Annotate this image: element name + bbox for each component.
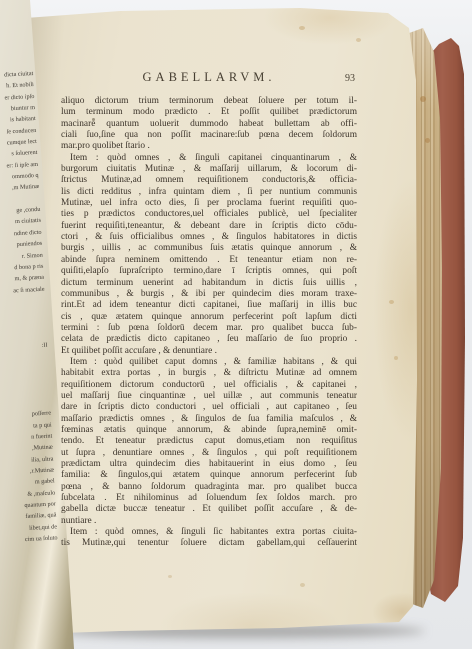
text-line: familia: & ſingulos,qui ætatem quinque a… bbox=[61, 470, 357, 481]
text-line: ſubcelata . Et nihilominus ad ſoluendum … bbox=[61, 493, 357, 504]
text-line: fuerint requiſiti,teneantur, & debeant d… bbox=[61, 221, 357, 232]
text-line: pœna , & banno ſoldorum quadraginta mar.… bbox=[61, 482, 357, 493]
text-line: ctori , & ſuis officialibus omnes , & ſi… bbox=[61, 232, 357, 243]
text-block: GABELLARVM. 93 aliquo dictorum trium ter… bbox=[61, 70, 357, 550]
text-line: fœminas ætatis quinque annorum, & abinde… bbox=[61, 425, 357, 436]
margin-fragment: cim ua ſoluto bbox=[19, 532, 58, 545]
text-line: ties p prædictos conductores,uel officia… bbox=[61, 209, 357, 220]
text-line: macinare quantum uoluerit dummodo habeat… bbox=[61, 119, 357, 130]
running-header: GABELLARVM. bbox=[61, 70, 357, 85]
text-line: quiſiti,elapſo ſupraſcripto termino,dare… bbox=[61, 266, 357, 277]
text-line: Item : quòd quilibet caput domns , & fam… bbox=[61, 357, 357, 368]
body-text: aliquo dictorum trium terminorum debeat … bbox=[61, 96, 357, 550]
margin-fragment: m Mutinæ, bbox=[1, 181, 40, 194]
text-line: maſſario prædictis omnes , & ſingulos de… bbox=[61, 414, 357, 425]
running-header-row: GABELLARVM. 93 bbox=[61, 70, 357, 94]
page-number: 93 bbox=[345, 73, 355, 84]
text-line: aliquo dictorum trium terminorum debeat … bbox=[61, 96, 357, 107]
text-line: burgorum ciuitatis Mutinæ , & maſſarij u… bbox=[61, 164, 357, 175]
text-line: termini : ſub pœna ſoldorū decem mar. pr… bbox=[61, 323, 357, 334]
text-line: cis , quæ ætatem quinque annorum perfece… bbox=[61, 312, 357, 323]
text-line: gabella dictæ buccæ teneatur . Et quilib… bbox=[61, 504, 357, 515]
text-line: prædictam ultra quindecim dies habitauer… bbox=[61, 459, 357, 470]
text-line: lis dicti redditus , infra quintam diem … bbox=[61, 187, 357, 198]
text-line: habitabit extra portas , in burgis , & d… bbox=[61, 368, 357, 379]
text-line: Mutinæ, uel infra octo dies, ſi per proc… bbox=[61, 198, 357, 209]
text-line: uel maſſarij ſiue cinquantinæ , uel uill… bbox=[61, 391, 357, 402]
text-line: requiſitionem dictorum conductorū , uel … bbox=[61, 380, 357, 391]
text-line: burgis , uillis , ac communibus ſuis æta… bbox=[61, 243, 357, 254]
text-line: abinde ſupra neminem omittendo . Et tene… bbox=[61, 255, 357, 266]
text-line: mar.pro quolibet ſtario . bbox=[61, 141, 357, 152]
text-line: dictum terminum uenerint ad habitandum i… bbox=[61, 278, 357, 289]
text-line: tis Mutinæ,qui tenentur ſoluere dictam g… bbox=[61, 538, 357, 549]
margin-fragment: ac ſi maciale bbox=[6, 283, 45, 296]
text-line: Item : quòd omnes , & ſinguli capitanei … bbox=[61, 153, 357, 164]
text-line: ſtrictus Mutinæ,ad omnem requiſitionem c… bbox=[61, 175, 357, 186]
text-line: rint.Et ad idem teneantur dicti capitane… bbox=[61, 300, 357, 311]
text-line: tendo. Et teneatur prædictus caput domus… bbox=[61, 436, 357, 447]
text-line: ut ſupra , denuntiare omnes , & ſingulos… bbox=[61, 448, 357, 459]
text-line: lum terminum modo prædicto . Et poſſit q… bbox=[61, 107, 357, 118]
text-line: dare in ſcriptis dicto conductori , uel … bbox=[61, 402, 357, 413]
text-line: ciali ſuo,ſine qua non poſſit macinare:ſ… bbox=[61, 130, 357, 141]
text-line: Item : quòd omnes, & ſinguli ſic habitan… bbox=[61, 527, 357, 538]
text-line: nuntiare . bbox=[61, 516, 357, 527]
book-photo: dicta ciuitath. Et nobilier dicto ipſobi… bbox=[0, 0, 472, 649]
text-line: celata de prædictis dicto capitaneo , ſe… bbox=[61, 334, 357, 345]
text-line: communibus , & burgis , & ibi per quinde… bbox=[61, 289, 357, 300]
text-line: Et quilibet poſſit accuſare , & denuntia… bbox=[61, 346, 357, 357]
